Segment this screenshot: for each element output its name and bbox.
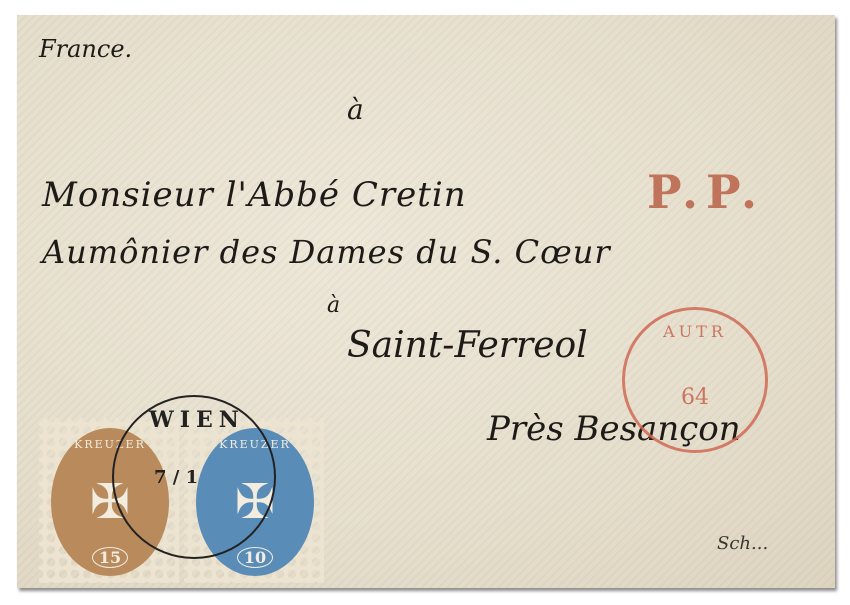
postmark-city: WIEN [149, 407, 245, 433]
address-line-3-prefix: à [327, 293, 340, 318]
wien-postmark: WIEN 7 / 1 [112, 395, 276, 559]
destination-note: France. [39, 35, 132, 63]
address-line-1: Monsieur l'Abbé Cretin [42, 175, 467, 215]
address-line-2: Aumônier des Dames du S. Cœur [42, 233, 611, 271]
stamp-denomination: 10 [237, 547, 273, 568]
red-postmark-text: AUTR [625, 322, 765, 341]
pp-postmark: P.P. [647, 165, 765, 219]
envelope: France. à Monsieur l'Abbé Cretin Aumônie… [17, 15, 835, 588]
preposition: à [347, 93, 364, 126]
address-line-3: Saint-Ferreol [347, 325, 588, 366]
corner-signature: Sch... [717, 533, 768, 554]
red-postmark-year: 64 [625, 385, 765, 410]
postmark-date: 7 / 1 [154, 467, 198, 488]
stamp-denomination: 15 [92, 547, 128, 568]
red-circular-postmark: AUTR 64 [622, 307, 768, 453]
